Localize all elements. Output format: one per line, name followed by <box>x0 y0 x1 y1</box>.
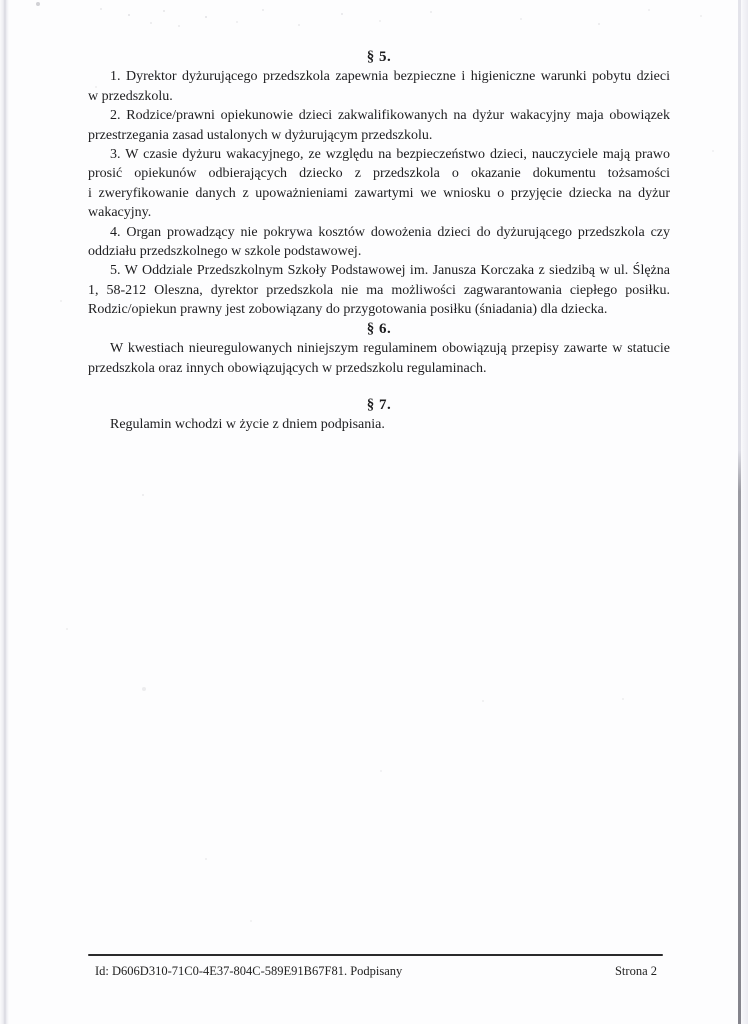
paragraph-5-2: 2. Rodzice/prawni opiekunowie dzieci zak… <box>88 106 670 145</box>
paragraph-5-3: 3. W czasie dyżuru wakacyjnego, ze wzglę… <box>88 145 670 223</box>
section-heading-6: § 6. <box>88 320 670 339</box>
section-heading-5: § 5. <box>88 48 670 67</box>
paragraph-5-1: 1. Dyrektor dyżurującego przedszkola zap… <box>88 67 670 106</box>
paragraph-7-1: Regulamin wchodzi w życie z dniem podpis… <box>88 415 670 434</box>
document-body: § 5. 1. Dyrektor dyżurującego przedszkol… <box>88 48 670 435</box>
paragraph-6-1: W kwestiach nieuregulowanych niniejszym … <box>88 339 670 378</box>
scan-edge-right-line <box>738 0 741 1024</box>
scan-edge-left <box>0 0 9 1024</box>
scan-edge-right <box>740 0 748 1024</box>
scanned-document-page: § 5. 1. Dyrektor dyżurującego przedszkol… <box>0 0 748 1024</box>
page-footer: Id: D606D310-71C0-4E37-804C-589E91B67F81… <box>88 954 663 979</box>
paragraph-5-5: 5. W Oddziale Przedszkolnym Szkoły Podst… <box>88 261 670 319</box>
page-number-label: Strona 2 <box>615 964 657 979</box>
document-id-text: Id: D606D310-71C0-4E37-804C-589E91B67F81… <box>95 964 402 979</box>
footer-row: Id: D606D310-71C0-4E37-804C-589E91B67F81… <box>88 956 663 979</box>
section-heading-7: § 7. <box>88 396 670 415</box>
paragraph-5-4: 4. Organ prowadzący nie pokrywa kosztów … <box>88 223 670 262</box>
